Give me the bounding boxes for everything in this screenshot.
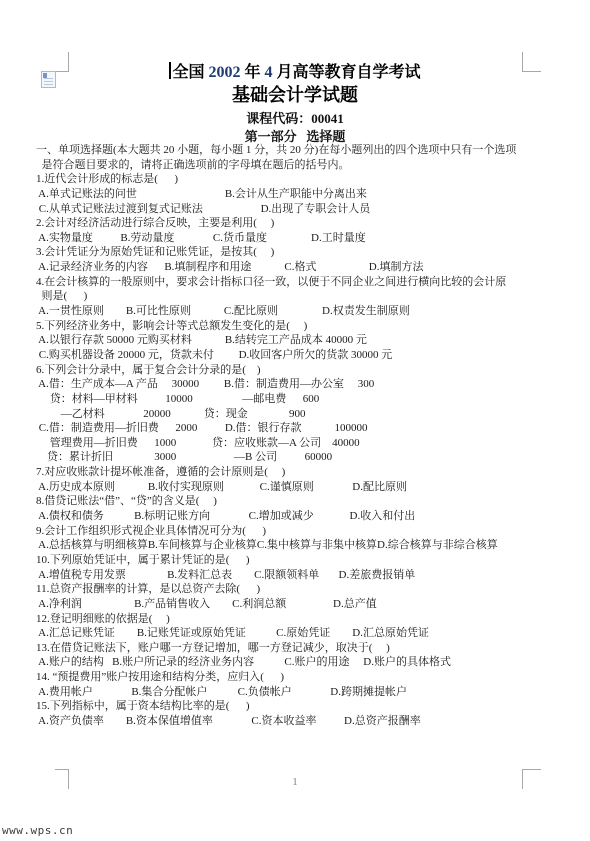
wps-watermark: www.wps.cn (2, 824, 73, 837)
text-line: A.记录经济业务的内容 B.填制程序和用途 C.格式 D.填制方法 (36, 260, 584, 275)
exam-body: 一、单项选择题(本大题共 20 小题，每小题 1 分，共 20 分)在每小题列出… (36, 143, 584, 729)
text-line: 贷：材料—甲材料 10000 —邮电费 600 (36, 392, 584, 407)
text-line: 15.下列指标中，属于资本结构比率的是( ) (36, 699, 584, 714)
text-line: A.账户的结构 B.账户所记录的经济业务内容 C.账户的用途 D.账户的具体格式 (36, 655, 584, 670)
exam-title-segment: 全国 (172, 64, 208, 81)
text-line: C.从单式记账法过渡到复式记账法 D.出现了专职会计人员 (36, 202, 584, 217)
text-line: 6.下列会计分录中，属于复合会计分录的是( ) (36, 363, 584, 378)
exam-title: 全国 2002 年 4 月高等教育自学考试 (0, 62, 590, 84)
text-line: 7.对应收账款计提坏帐准备，遵循的会计原则是( ) (36, 465, 584, 480)
exam-header: 全国 2002 年 4 月高等教育自学考试 基础会计学试题 课程代码：00041… (0, 62, 590, 145)
text-line: 4.在会计核算的一般原则中，要求会计指标口径一致，以便于不同企业之间进行横向比较… (36, 275, 584, 290)
text-line: 是符合题目要求的，请将正确选项前的字母填在题后的括号内。 (36, 158, 584, 173)
exam-title-segment: 2002 (208, 64, 240, 81)
exam-title-segment: 月高等教育自学考试 (273, 64, 421, 81)
text-line: C.借：制造费用—折旧费 2000 D.借：银行存款 100000 (36, 421, 584, 436)
text-line: 管理费用—折旧费 1000 贷：应收账款—A 公司 40000 (36, 436, 584, 451)
text-line: 14. “预提费用”账户按用途和结构分类，应归入( ) (36, 670, 584, 685)
text-line: A.单式记账法的问世 B.会计从生产职能中分离出来 (36, 187, 584, 202)
text-line: A.增值税专用发票 B.发料汇总表 C.限额领料单 D.差旅费报销单 (36, 568, 584, 583)
exam-document-page: 全国 2002 年 4 月高等教育自学考试 基础会计学试题 课程代码：00041… (0, 0, 590, 841)
text-line: 8.借贷记账法“借”、“贷”的含义是( ) (36, 494, 584, 509)
text-line: A.总括核算与明细核算B.车间核算与企业核算C.集中核算与非集中核算D.综合核算… (36, 538, 584, 553)
text-line: 一、单项选择题(本大题共 20 小题，每小题 1 分，共 20 分)在每小题列出… (36, 143, 584, 158)
text-line: A.实物量度 B.劳动量度 C.货币量度 D.工时量度 (36, 231, 584, 246)
text-line: 2.会计对经济活动进行综合反映，主要是利用( ) (36, 216, 584, 231)
text-line: A.一贯性原则 B.可比性原则 C.配比原则 D.权责发生制原则 (36, 304, 584, 319)
text-line: 则是( ) (36, 289, 584, 304)
exam-title-segment: 4 (265, 64, 273, 81)
text-line: A.净利润 B.产品销售收入 C.利润总额 D.总产值 (36, 597, 584, 612)
text-line: A.借：生产成本—A 产品 30000 B.借：制造费用—办公室 300 (36, 377, 584, 392)
text-line: C.购买机器设备 20000 元，货款未付 D.收回客户所欠的货款 30000 … (36, 348, 584, 363)
text-line: A.历史成本原则 B.收付实现原则 C.谨慎原则 D.配比原则 (36, 480, 584, 495)
crop-mark-bottom-left-horizontal (55, 769, 69, 770)
text-line: A.费用帐户 B.集合分配帐户 C.负债帐户 D.跨期摊提帐户 (36, 685, 584, 700)
text-line: A.汇总记账凭证 B.记账凭证或原始凭证 C.原始凭证 D.汇总原始凭证 (36, 626, 584, 641)
text-line: 3.会计凭证分为原始凭证和记账凭证，是按其( ) (36, 245, 584, 260)
text-line: 贷：累计折旧 3000 —B 公司 60000 (36, 450, 584, 465)
text-line: 13.在借贷记账法下，账户哪一方登记增加，哪一方登记减少，取决于( ) (36, 641, 584, 656)
text-line: A.以银行存款 50000 元购买材料 B.结转完工产品成本 40000 元 (36, 333, 584, 348)
page-number: 1 (0, 776, 590, 788)
text-line: 11.总资产报酬率的计算，是以总资产去除( ) (36, 582, 584, 597)
text-line: 5.下列经济业务中，影响会计等式总额发生变化的是( ) (36, 319, 584, 334)
text-line: 1.近代会计形成的标志是( ) (36, 172, 584, 187)
crop-mark-bottom-right-horizontal (522, 769, 541, 770)
text-line: 12.登记明细账的依据是( ) (36, 612, 584, 627)
text-line: A.债权和债务 B.标明记账方向 C.增加或减少 D.收入和付出 (36, 509, 584, 524)
paper-title: 基础会计学试题 (0, 84, 590, 107)
course-code: 课程代码：00041 (0, 110, 590, 128)
text-line: 9.会计工作组织形式视企业具体情况可分为( ) (36, 524, 584, 539)
text-line: 10.下列原始凭证中，属于累计凭证的是( ) (36, 553, 584, 568)
text-line: —乙材料 20000 贷：现金 900 (36, 407, 584, 422)
exam-title-segment: 年 (240, 64, 264, 81)
text-line: A.资产负债率 B.资本保值增值率 C.资本收益率 D.总资产报酬率 (36, 714, 584, 729)
